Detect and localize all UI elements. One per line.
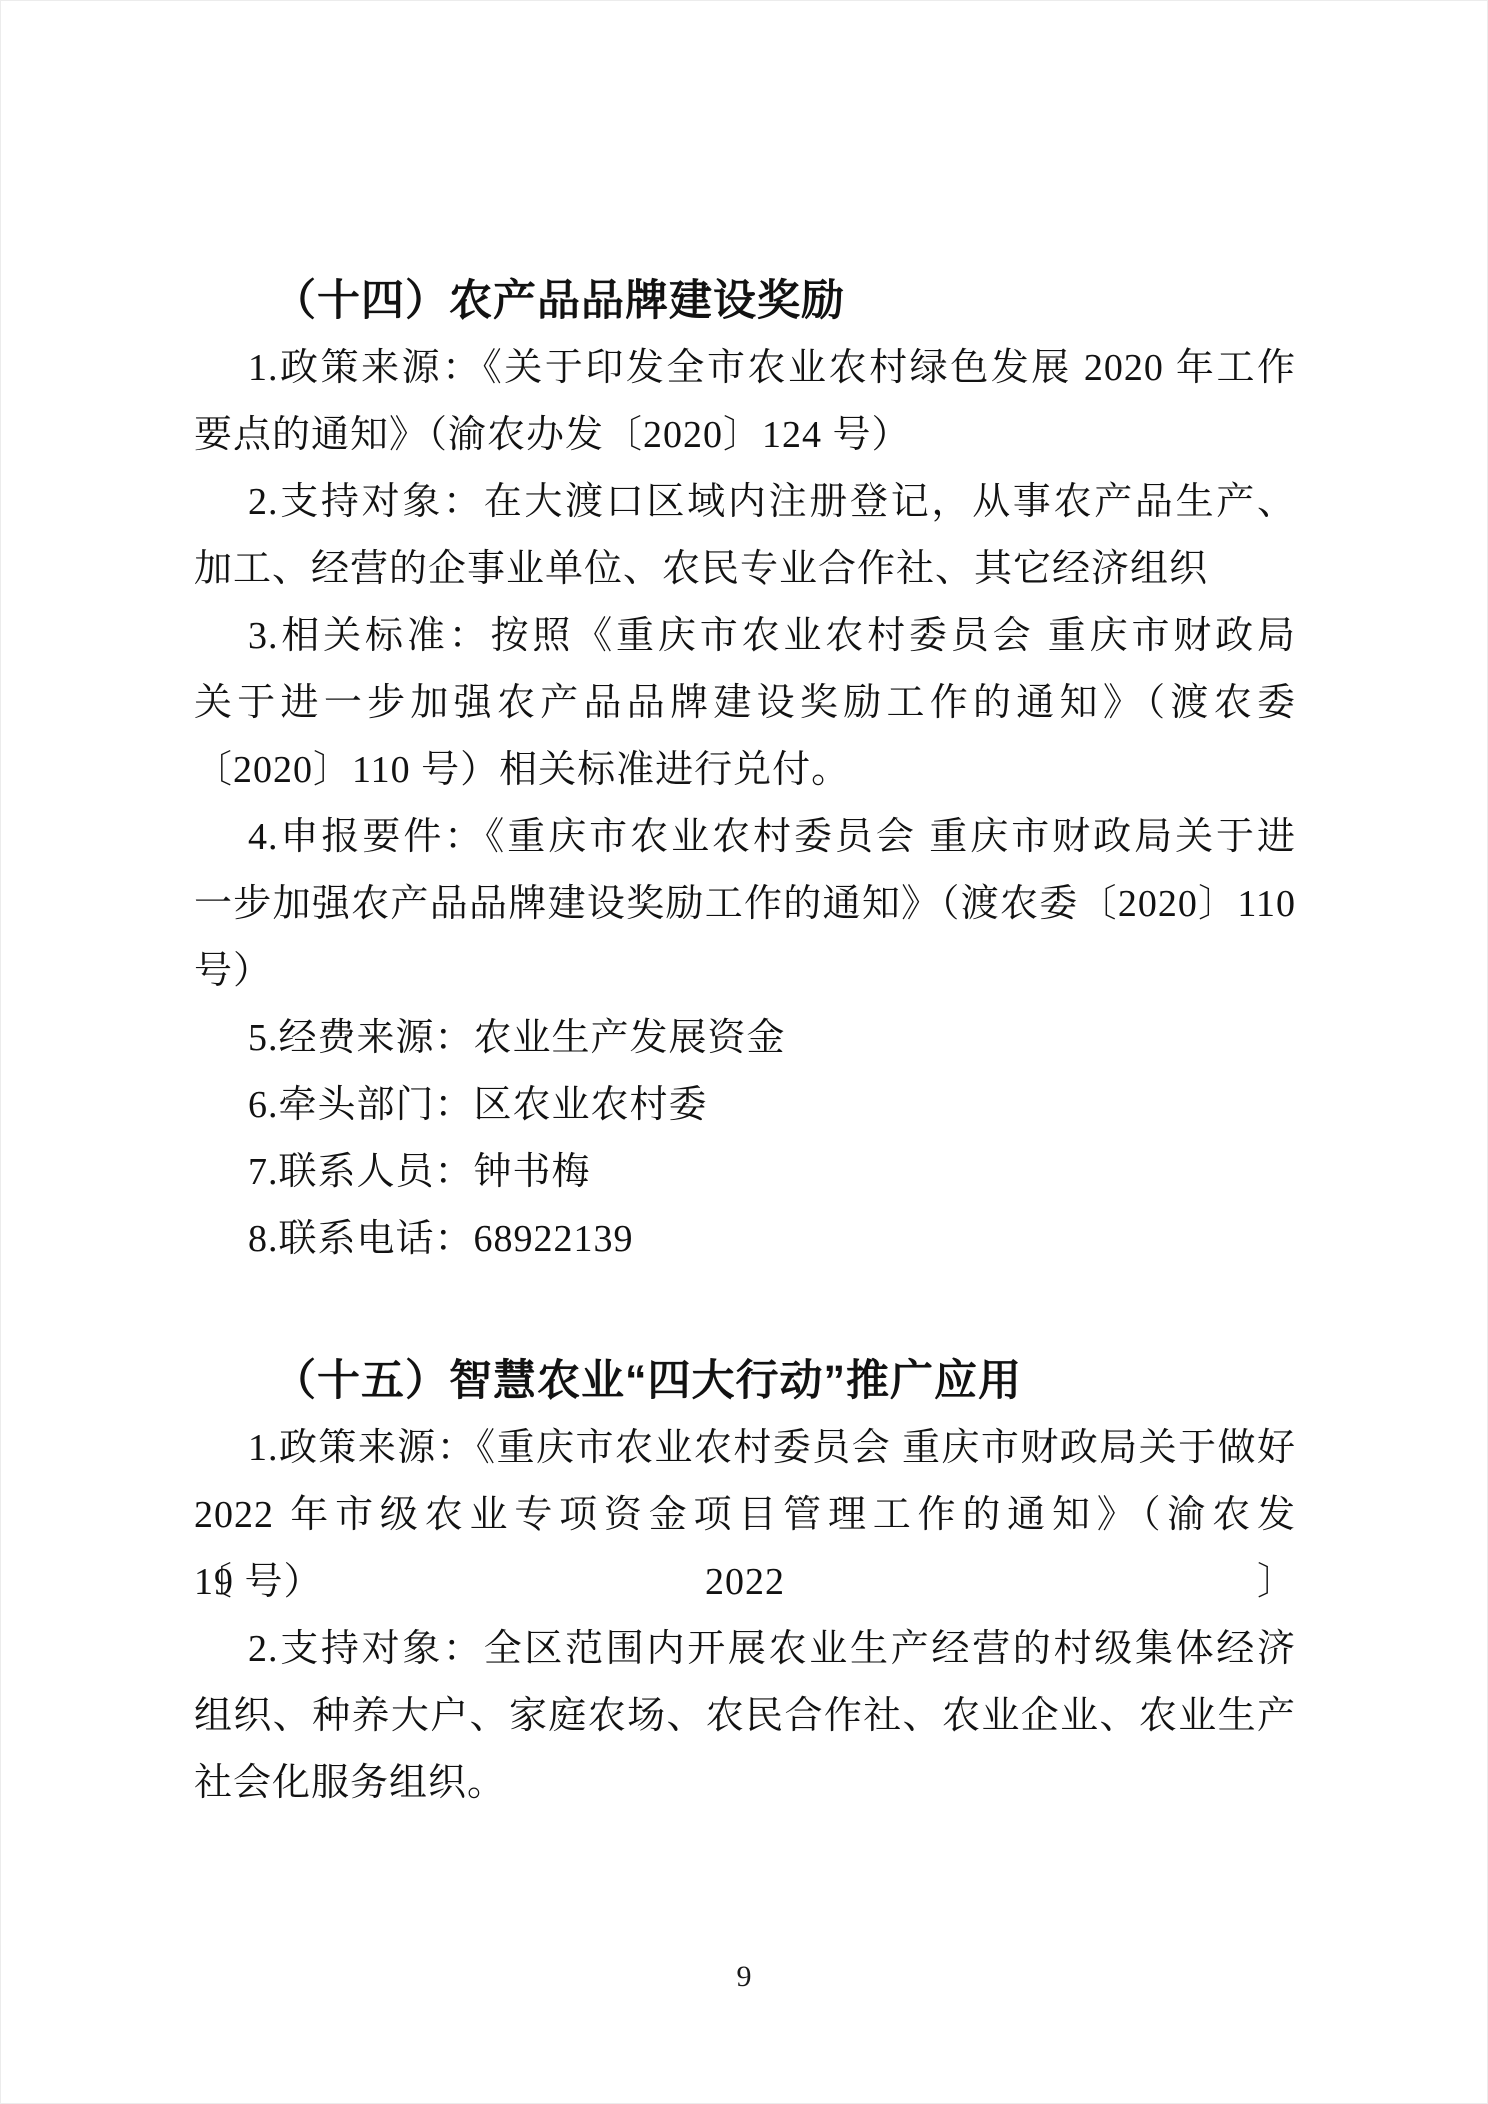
text-line: 一步加强农产品品牌建设奖励工作的通知》（渡农委〔2020〕110: [194, 871, 1296, 938]
section-heading-15: （十五）智慧农业“四大行动”推广应用: [194, 1348, 1296, 1415]
page-number: 9: [1, 1957, 1487, 1997]
text-line: 号）: [194, 938, 1296, 1005]
text-line: 1.政策来源：《重庆市农业农村委员会 重庆市财政局关于做好: [194, 1415, 1296, 1482]
text-line: 7.联系人员：钟书梅: [194, 1139, 1296, 1206]
section-heading-14: （十四）农产品品牌建设奖励: [194, 268, 1296, 335]
section-gap: [194, 1273, 1296, 1348]
text-line: 2022 年市级农业专项资金项目管理工作的通知》（渝农发〔2022〕: [194, 1482, 1296, 1549]
text-line: 5.经费来源：农业生产发展资金: [194, 1005, 1296, 1072]
text-line: 2.支持对象：全区范围内开展农业生产经营的村级集体经济: [194, 1616, 1296, 1683]
text-line: 3.相关标准：按照《重庆市农业农村委员会 重庆市财政局: [194, 603, 1296, 670]
text-line: 社会化服务组织。: [194, 1750, 1296, 1817]
text-line: 加工、经营的企事业单位、农民专业合作社、其它经济组织: [194, 536, 1296, 603]
text-line: 2.支持对象：在大渡口区域内注册登记，从事农产品生产、: [194, 469, 1296, 536]
text-line: 1.政策来源：《关于印发全市农业农村绿色发展 2020 年工作: [194, 335, 1296, 402]
text-line: 组织、种养大户、家庭农场、农民合作社、农业企业、农业生产: [194, 1683, 1296, 1750]
text-line: 〔2020〕110 号）相关标准进行兑付。: [194, 737, 1296, 804]
text-line: 6.牵头部门：区农业农村委: [194, 1072, 1296, 1139]
document-body: （十四）农产品品牌建设奖励 1.政策来源：《关于印发全市农业农村绿色发展 202…: [194, 268, 1296, 1817]
text-line: 要点的通知》（渝农办发〔2020〕124 号）: [194, 402, 1296, 469]
text-line: 关于进一步加强农产品品牌建设奖励工作的通知》（渡农委: [194, 670, 1296, 737]
text-line: 8.联系电话：68922139: [194, 1206, 1296, 1273]
document-page: （十四）农产品品牌建设奖励 1.政策来源：《关于印发全市农业农村绿色发展 202…: [0, 0, 1488, 2104]
text-line: 4.申报要件：《重庆市农业农村委员会 重庆市财政局关于进: [194, 804, 1296, 871]
